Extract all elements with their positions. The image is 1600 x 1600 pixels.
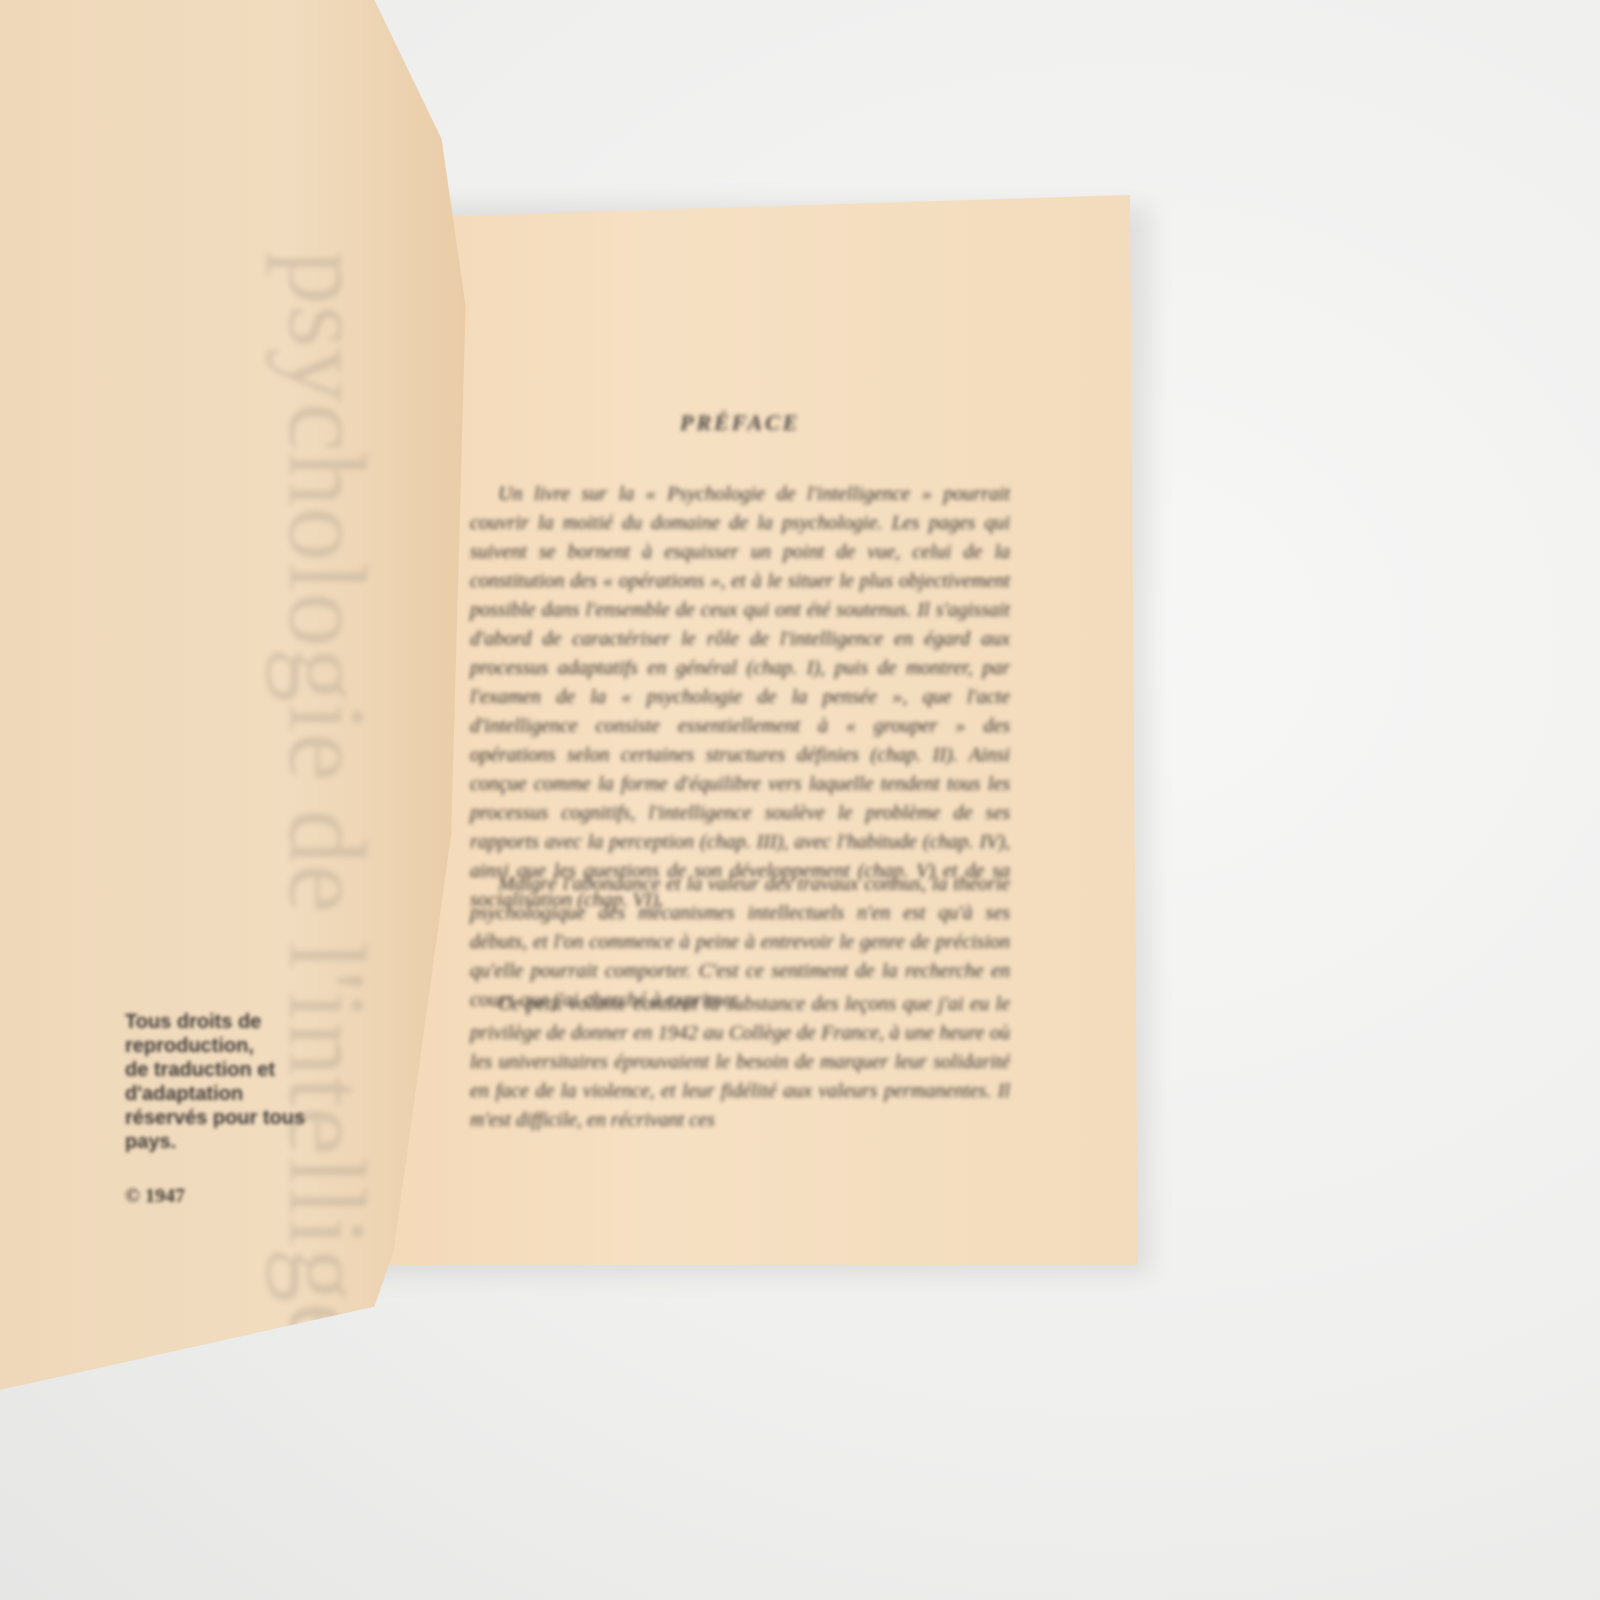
copyright: © 1947 xyxy=(125,1184,355,1208)
rights-line: Tous droits de reproduction, xyxy=(125,1010,355,1058)
rights-line: réservés pour tous pays. xyxy=(125,1106,355,1154)
paragraph-3: Ce petit volume contient la substance de… xyxy=(470,990,1010,1150)
preface-heading: PRÉFACE xyxy=(680,410,800,436)
rights-line: de traduction et d'adaptation xyxy=(125,1058,355,1106)
paragraph-1: Un livre sur la « Psychologie de l'intel… xyxy=(470,480,1010,915)
ghost-title: psychologie de l'intelligence xyxy=(263,250,390,1504)
rights-notice: Tous droits de reproduction, de traducti… xyxy=(125,1010,355,1208)
